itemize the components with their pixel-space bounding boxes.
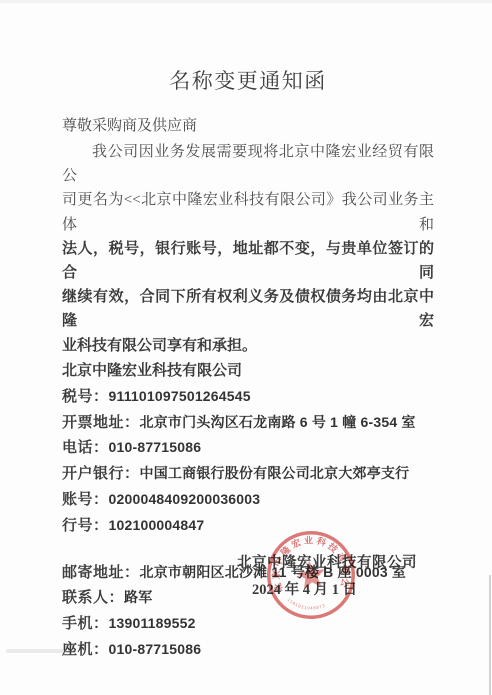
company-info-list: 税号：911101097501264545 开票地址：北京市门头沟区石龙南路 6… — [62, 384, 434, 539]
field-phone: 电话：010-87715086 — [62, 435, 434, 461]
field-label: 开户银行： — [62, 466, 140, 482]
company-seal-stamp: 北京中隆宏业科技有限公司 1101051046073 — [257, 521, 365, 629]
scan-artifact — [6, 649, 64, 653]
paragraph-line: 我公司因业务发展需要现将北京中隆宏业经贸有限公 — [62, 140, 434, 188]
field-value: 010-87715086 — [109, 439, 202, 455]
field-label: 手机： — [62, 616, 109, 632]
field-mobile: 手机：13901189552 — [62, 611, 434, 637]
field-label: 联系人： — [62, 590, 124, 606]
field-value: 911101097501264545 — [109, 388, 251, 404]
field-label: 座机： — [62, 642, 109, 658]
paragraph-line: 司更名为<<北京中隆宏业科技有限公司》我公司业务主体和 — [62, 188, 434, 236]
scan-edge-right — [489, 575, 491, 695]
field-tax-number: 税号：911101097501264545 — [62, 384, 434, 410]
field-label: 税号： — [62, 389, 109, 405]
field-bank-code: 行号：102100004847 — [62, 513, 434, 539]
field-contact-person: 联系人：路军 — [62, 585, 434, 611]
field-value: 13901189552 — [109, 615, 196, 631]
field-value: 102100004847 — [109, 517, 205, 533]
field-label: 电话： — [62, 440, 109, 456]
field-invoice-address: 开票地址：北京市门头沟区石龙南路 6 号 1 幢 6-354 室 — [62, 410, 434, 436]
field-label: 开票地址： — [62, 415, 140, 431]
field-account-number: 账号：0200048409200036003 — [62, 487, 434, 513]
seal-star-icon — [295, 559, 328, 591]
field-landline: 座机：010-87715086 — [62, 637, 434, 663]
field-value: 0200048409200036003 — [109, 491, 261, 507]
scan-edge-top — [0, 0, 492, 3]
body-paragraph: 我公司因业务发展需要现将北京中隆宏业经贸有限公 司更名为<<北京中隆宏业科技有限… — [62, 140, 434, 358]
contact-info-list: 邮寄地址：北京市朝阳区北沙滩 11 号楼 B 座 0003 室 联系人：路军 手… — [62, 560, 434, 663]
field-label: 邮寄地址： — [62, 565, 140, 581]
letter-page: 名称变更通知函 尊敬采购商及供应商 我公司因业务发展需要现将北京中隆宏业经贸有限… — [0, 0, 492, 695]
letter-title: 名称变更通知函 — [62, 0, 434, 94]
paragraph-line: 继续有效，合同下所有权利义务及债权债务均由北京中隆宏 — [62, 285, 434, 333]
field-label: 账号： — [62, 492, 109, 508]
field-value: 路军 — [124, 589, 152, 605]
field-value: 中国工商银行股份有限公司北京大郊亭支行 — [140, 465, 410, 481]
field-label: 行号： — [62, 518, 109, 534]
field-value: 北京市门头沟区石龙南路 6 号 1 幢 6-354 室 — [140, 414, 416, 430]
paragraph-line: 法人，税号，银行账号，地址都不变，与贵单位签订的合同 — [62, 237, 434, 285]
field-value: 010-87715086 — [109, 641, 202, 657]
red-seal-icon: 北京中隆宏业科技有限公司 1101051046073 — [257, 521, 365, 629]
paragraph-line: 业科技有限公司享有和承担。 — [62, 334, 434, 358]
company-name-line: 北京中隆宏业科技有限公司 — [62, 359, 434, 384]
salutation: 尊敬采购商及供应商 — [62, 114, 434, 138]
field-bank-name: 开户银行：中国工商银行股份有限公司北京大郊亭支行 — [62, 461, 434, 487]
